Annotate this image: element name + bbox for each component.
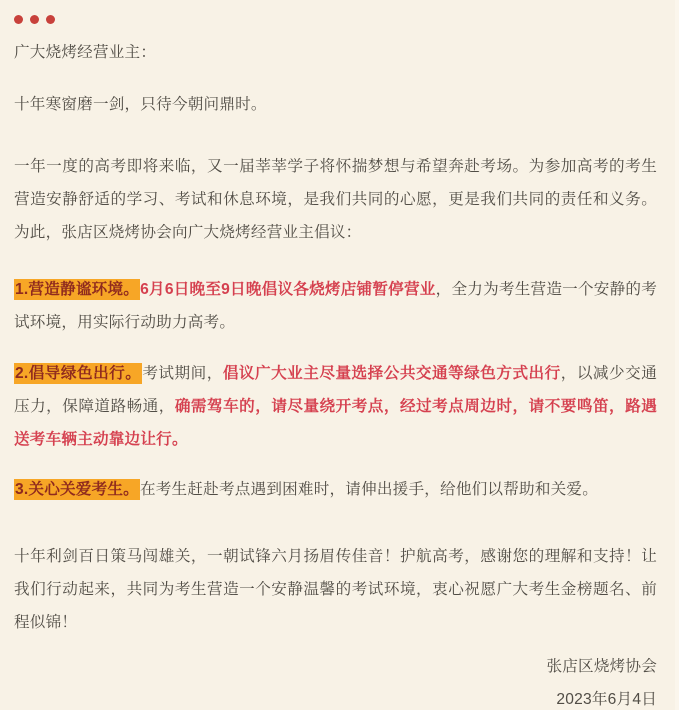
opening-line: 十年寒窗磨一剑，只待今朝问鼎时。 [14,88,657,121]
announcement-page: 广大烧烤经营业主： 十年寒窗磨一剑，只待今朝问鼎时。 一年一度的高考即将来临，又… [0,0,679,710]
proposal-1: 1.营造静谧环境。6月6日晚至9日晚倡议各烧烤店铺暂停营业，全力为考生营造一个安… [14,273,657,339]
red-dot-icon [14,15,23,24]
signature-date: 2023年6月4日 [14,683,657,710]
closing-paragraph: 十年利剑百日策马闯雄关，一朝试锋六月扬眉传佳音！护航高考，感谢您的理解和支持！让… [14,540,657,639]
red-dot-icon [30,15,39,24]
proposal-2-text: 考试期间， [142,365,222,382]
salutation: 广大烧烤经营业主： [14,36,657,69]
proposal-2-emphasis: 倡议广大业主尽量选择公共交通等绿色方式出行 [223,365,561,382]
proposal-3-text: 在考生赶赴考点遇到困难时，请伸出援手，给他们以帮助和关爱。 [140,481,598,498]
proposal-3-heading: 3.关心关爱考生。 [14,479,140,500]
red-dot-icon [46,15,55,24]
proposal-1-emphasis: 6月6日晚至9日晚倡议各烧烤店铺暂停营业 [140,281,436,298]
red-dots-decoration [14,14,657,24]
signature-organization: 张店区烧烤协会 [14,650,657,683]
proposal-3: 3.关心关爱考生。在考生赶赴考点遇到困难时，请伸出援手，给他们以帮助和关爱。 [14,473,657,506]
proposal-2-heading: 2.倡导绿色出行。 [14,363,142,384]
intro-paragraph: 一年一度的高考即将来临，又一届莘莘学子将怀揣梦想与希望奔赴考场。为参加高考的考生… [14,150,657,249]
proposal-1-heading: 1.营造静谧环境。 [14,279,140,300]
proposal-2: 2.倡导绿色出行。考试期间，倡议广大业主尽量选择公共交通等绿色方式出行，以减少交… [14,357,657,456]
